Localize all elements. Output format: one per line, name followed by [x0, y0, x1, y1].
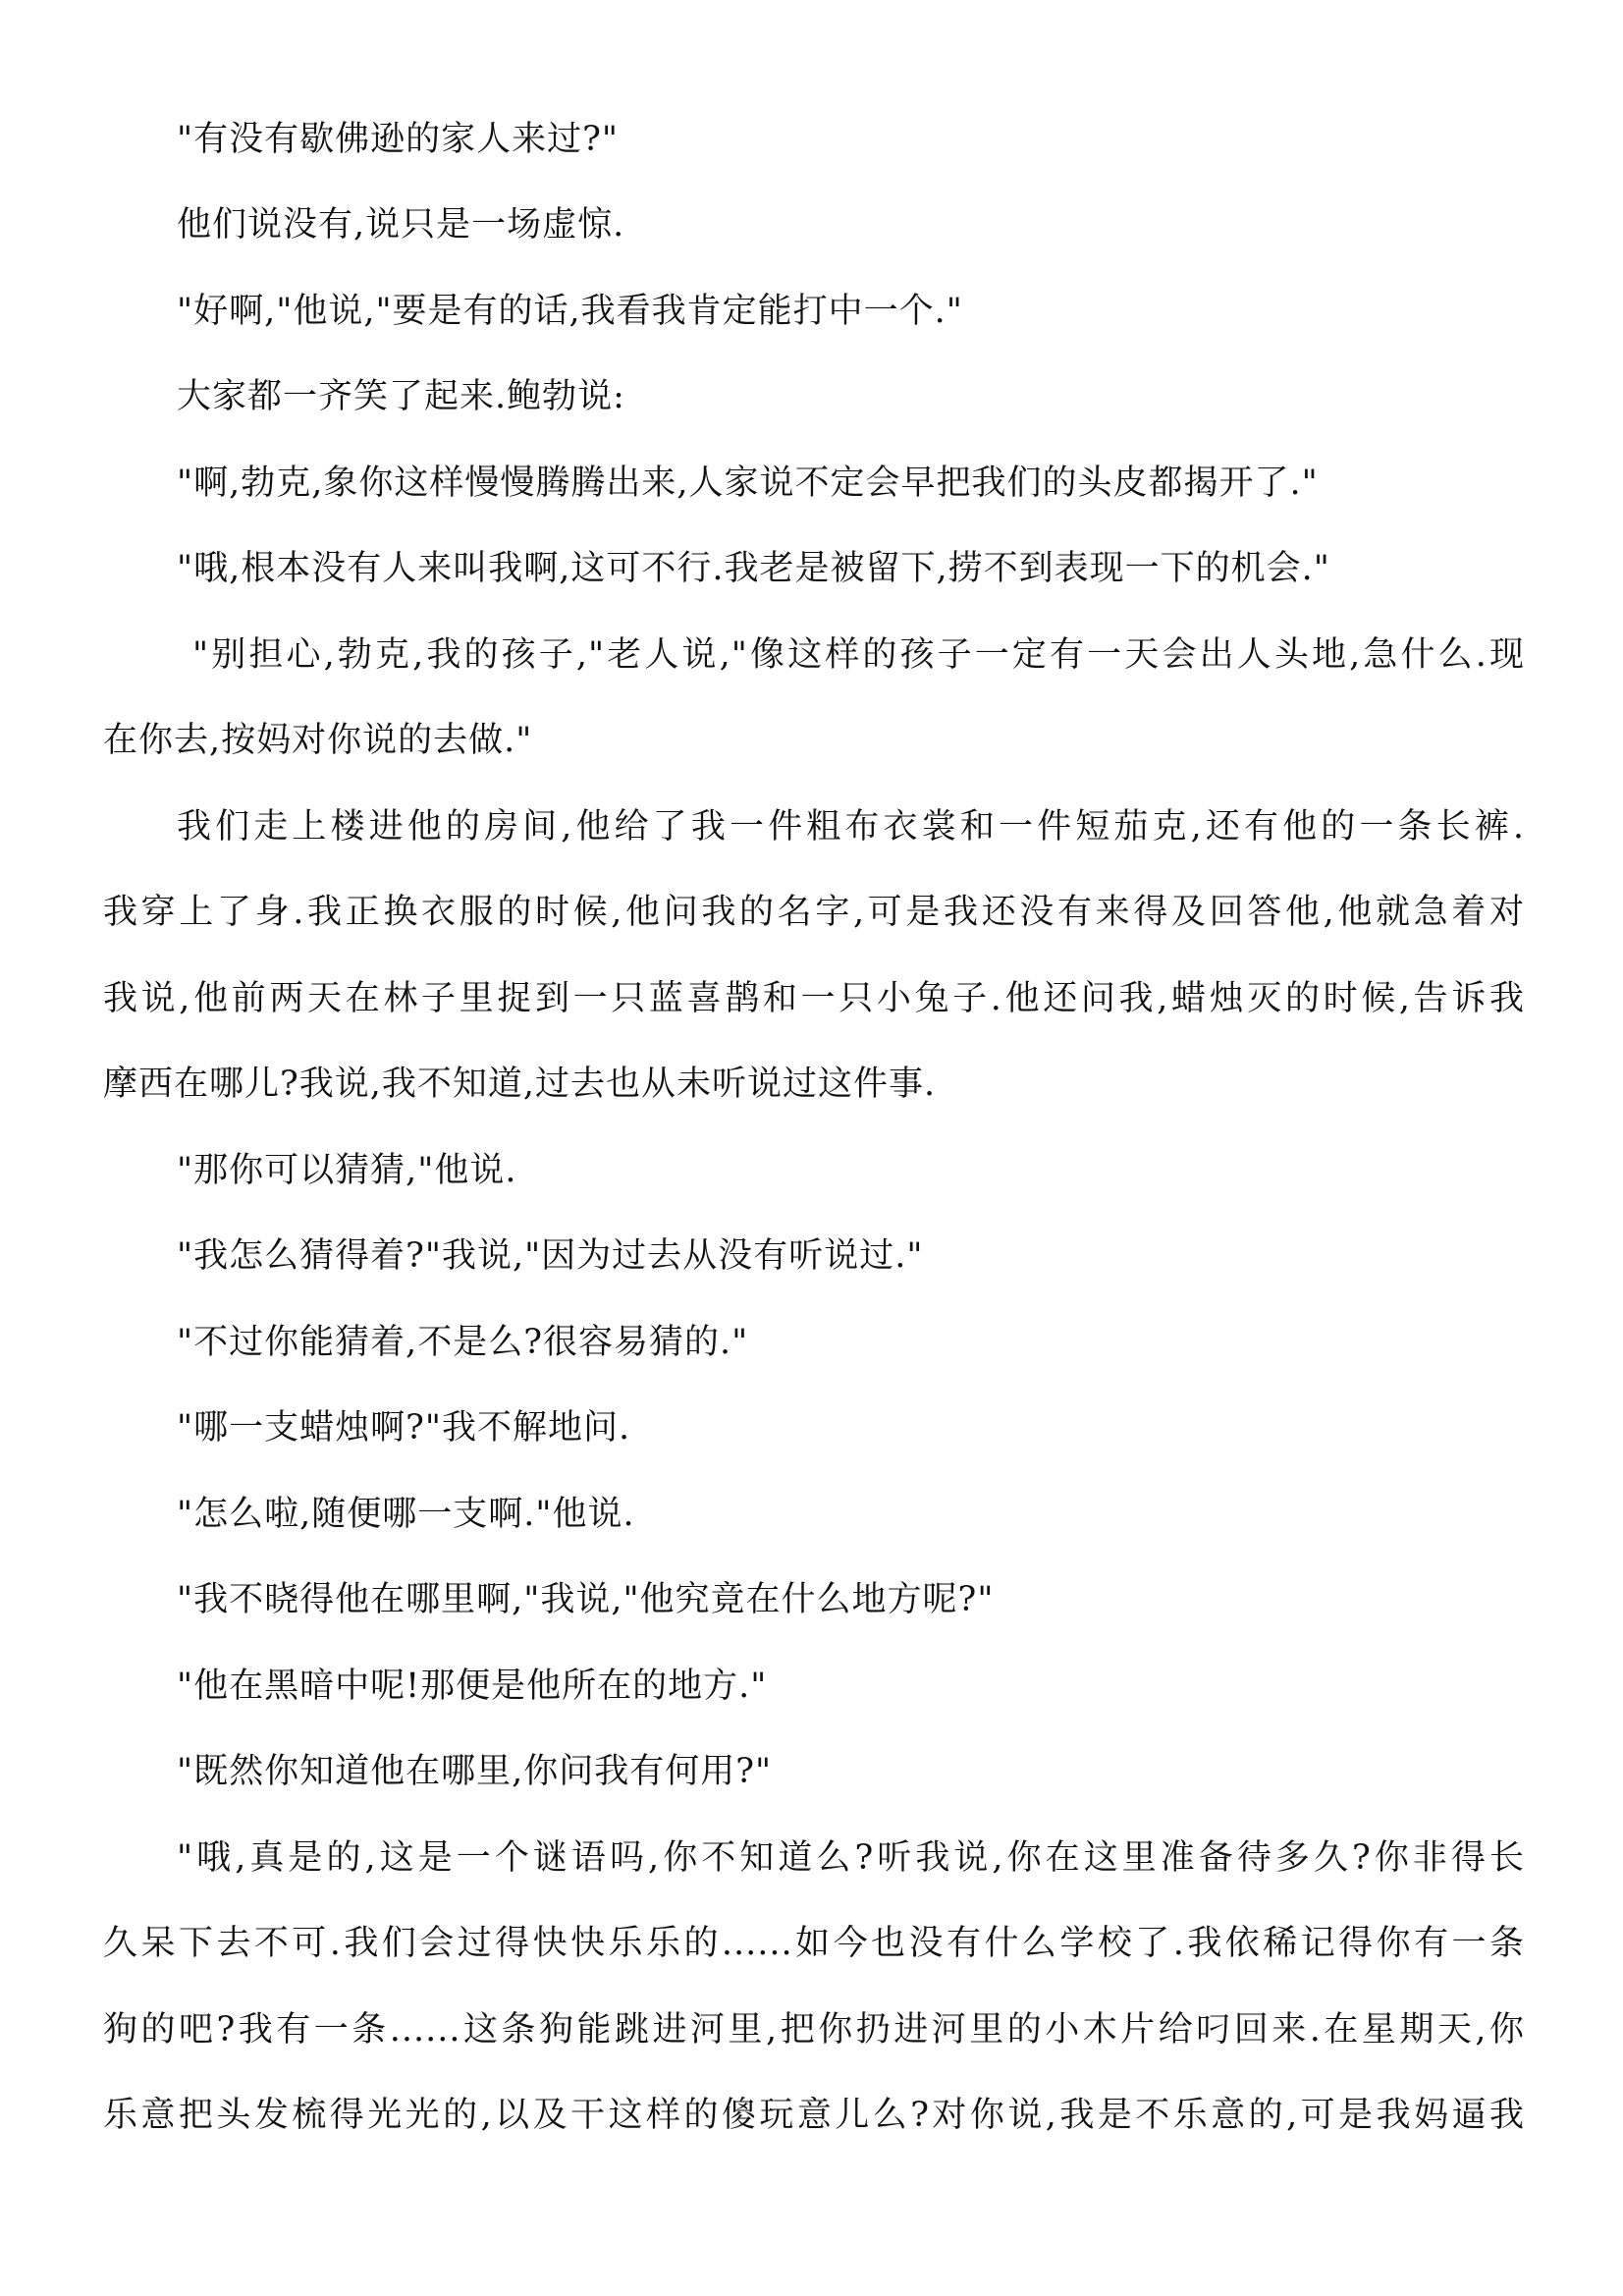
text-line: 大家都一齐笑了起来.鲍勃说: [177, 375, 625, 418]
text-line: "啊,勃克,象你这样慢慢腾腾出来,人家说不定会早把我们的头皮都揭开了." [177, 462, 1319, 505]
text-line: "哦,真是的,这是一个谜语吗,你不知道么?听我说,你在这里准备待多久?你非得长 [177, 1836, 1525, 1880]
text-line: "那你可以猜猜,"他说. [177, 1149, 516, 1192]
text-line: 我说,他前两天在林子里捉到一只蓝喜鹊和一只小兔子.他还问我,蜡烛灭的时候,告诉我 [103, 977, 1525, 1020]
text-line: "既然你知道他在哪里,你问我有何用?" [177, 1750, 772, 1793]
text-line: "有没有歇佛逊的家人来过?" [177, 118, 619, 161]
text-line: 乐意把头发梳得光光的,以及干这样的傻玩意儿么?对你说,我是不乐意的,可是我妈逼我 [103, 2094, 1525, 2137]
text-line: "哪一支蜡烛啊?"我不解地问. [177, 1406, 630, 1449]
text-line: "他在黑暗中呢!那便是他所在的地方." [177, 1665, 767, 1708]
text-line: 在你去,按妈对你说的去做." [103, 719, 532, 762]
text-line: "别担心,勃克,我的孩子,"老人说,"像这样的孩子一定有一天会出人头地,急什么.… [192, 633, 1525, 677]
text-line: "不过你能猜着,不是么?很容易猜的." [177, 1321, 748, 1364]
text-line: "怎么啦,随便哪一支啊."他说. [177, 1493, 635, 1536]
text-line: 我穿上了身.我正换衣服的时候,他问我的名字,可是我还没有来得及回答他,他就急着对 [103, 891, 1525, 934]
text-line: 久呆下去不可.我们会过得快快乐乐的......如今也没有什么学校了.我依稀记得你… [103, 1922, 1525, 1965]
text-line: 摩西在哪儿?我说,我不知道,过去也从未听说过这件事. [103, 1063, 936, 1106]
document-page: "有没有歇佛逊的家人来过?" 他们说没有,说只是一场虚惊. "好啊,"他说,"要… [0, 0, 1623, 2296]
text-line: "我怎么猜得着?"我说,"因为过去从没有听说过." [177, 1234, 923, 1278]
text-line: 他们说没有,说只是一场虚惊. [177, 203, 624, 246]
text-line: "我不晓得他在哪里啊,"我说,"他究竟在什么地方呢?" [177, 1578, 994, 1621]
text-line: "好啊,"他说,"要是有的话,我看我肯定能打中一个." [177, 290, 963, 333]
text-line: "哦,根本没有人来叫我啊,这可不行.我老是被留下,捞不到表现一下的机会." [177, 547, 1330, 590]
text-line: 狗的吧?我有一条......这条狗能跳进河里,把你扔进河里的小木片给叼回来.在星… [103, 2008, 1525, 2051]
text-line: 我们走上楼进他的房间,他给了我一件粗布衣裳和一件短茄克,还有他的一条长裤. [177, 805, 1525, 848]
